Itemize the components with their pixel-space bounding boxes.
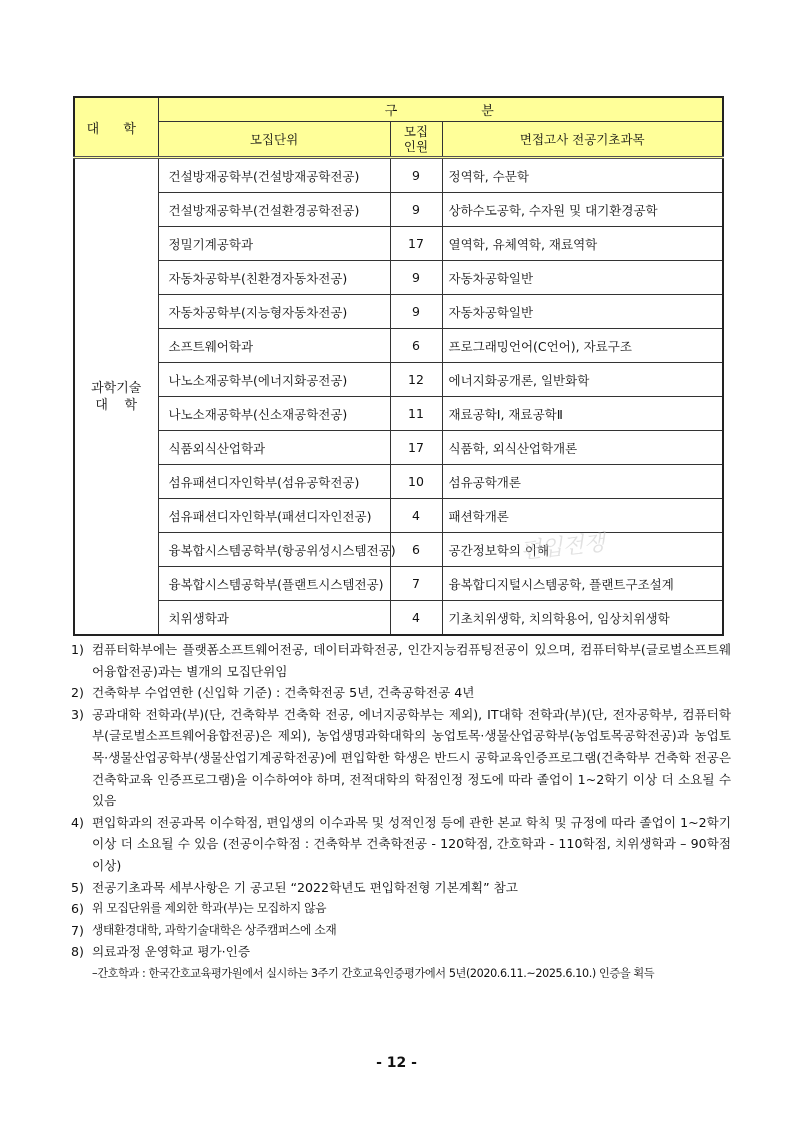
college-name-line1: 과학기술 <box>75 380 158 397</box>
header-category-right: 분 <box>481 100 496 119</box>
table-row: 자동차공학부(친환경자동차전공) 9 자동차공학일반 <box>74 261 723 295</box>
footnote-number: 4) <box>71 812 92 877</box>
table-row: 나노소재공학부(신소재공학전공) 11 재료공학Ⅰ, 재료공학Ⅱ <box>74 397 723 431</box>
table-row: 정밀기계공학과 17 열역학, 유체역학, 재료역학 <box>74 227 723 261</box>
footnote-text: 의료과정 운영학교 평가·인증 <box>92 941 731 963</box>
table-row: 섬유패션디자인학부(패션디자인전공) 4 패션학개론 <box>74 499 723 533</box>
header-subjects: 면접고사 전공기초과목 <box>442 122 723 158</box>
footnote: 7) 생태환경대학, 과학기술대학은 상주캠퍼스에 소재 <box>71 920 731 942</box>
unit-cell: 자동차공학부(친환경자동차전공) <box>158 261 390 295</box>
unit-cell: 자동차공학부(지능형자동차전공) <box>158 295 390 329</box>
table-row: 섬유패션디자인학부(섬유공학전공) 10 섬유공학개론 <box>74 465 723 499</box>
quota-cell: 10 <box>390 465 442 499</box>
subjects-cell: 패션학개론 <box>442 499 723 533</box>
unit-cell: 소프트웨어학과 <box>158 329 390 363</box>
quota-cell: 9 <box>390 261 442 295</box>
footnote: 2) 건축학부 수업연한 (신입학 기준) : 건축학전공 5년, 건축공학전공… <box>71 682 731 704</box>
unit-cell: 나노소재공학부(에너지화공전공) <box>158 363 390 397</box>
unit-cell: 치위생학과 <box>158 601 390 636</box>
footnote: 6) 위 모집단위를 제외한 학과(부)는 모집하지 않음 <box>71 898 731 920</box>
table-row: 융복합시스템공학부(항공위성시스템전공) 6 공간정보학의 이해 <box>74 533 723 567</box>
unit-cell: 섬유패션디자인학부(패션디자인전공) <box>158 499 390 533</box>
table-body: 과학기술 대 학 건설방재공학부(건설방재공학전공) 9 정역학, 수문학 건설… <box>74 158 723 636</box>
header-quota: 모집 인원 <box>390 122 442 158</box>
header-category: 구분 <box>158 97 723 122</box>
unit-cell: 건설방재공학부(건설방재공학전공) <box>158 158 390 193</box>
quota-cell: 4 <box>390 601 442 636</box>
subjects-cell: 프로그래밍언어(C언어), 자료구조 <box>442 329 723 363</box>
unit-cell: 건설방재공학부(건설환경공학전공) <box>158 193 390 227</box>
footnote-number: 1) <box>71 639 92 682</box>
table-row: 융복합시스템공학부(플랜트시스템전공) 7 융복합디지털시스템공학, 플랜트구조… <box>74 567 723 601</box>
subjects-cell: 상하수도공학, 수자원 및 대기환경공학 <box>442 193 723 227</box>
footnote: 5) 전공기초과목 세부사항은 기 공고된 “2022학년도 편입학전형 기본계… <box>71 877 731 899</box>
subjects-cell: 정역학, 수문학 <box>442 158 723 193</box>
table-row: 건설방재공학부(건설환경공학전공) 9 상하수도공학, 수자원 및 대기환경공학 <box>74 193 723 227</box>
quota-cell: 17 <box>390 227 442 261</box>
quota-cell: 9 <box>390 295 442 329</box>
subjects-cell: 섬유공학개론 <box>442 465 723 499</box>
unit-cell: 정밀기계공학과 <box>158 227 390 261</box>
header-category-left: 구 <box>385 100 400 119</box>
footnote-number: 2) <box>71 682 92 704</box>
footnote-number: 6) <box>71 898 92 920</box>
footnote-text: 공과대학 전학과(부)(단, 건축학부 건축학 전공, 에너지공학부는 제외),… <box>92 704 731 812</box>
footnotes: 1) 컴퓨터학부에는 플랫폼소프트웨어전공, 데이터과학전공, 인간지능컴퓨팅전… <box>71 639 731 985</box>
footnote-text: 생태환경대학, 과학기술대학은 상주캠퍼스에 소재 <box>92 920 731 942</box>
footnote-number: 3) <box>71 704 92 812</box>
subjects-cell: 열역학, 유체역학, 재료역학 <box>442 227 723 261</box>
footnote: 8) 의료과정 운영학교 평가·인증 <box>71 941 731 963</box>
quota-cell: 11 <box>390 397 442 431</box>
footnote-subitem: –간호학과 : 한국간호교육평가원에서 실시하는 3주기 간호교육인증평가에서 … <box>71 963 731 985</box>
quota-cell: 4 <box>390 499 442 533</box>
footnote-text: 건축학부 수업연한 (신입학 기준) : 건축학전공 5년, 건축공학전공 4년 <box>92 682 731 704</box>
footnote: 1) 컴퓨터학부에는 플랫폼소프트웨어전공, 데이터과학전공, 인간지능컴퓨팅전… <box>71 639 731 682</box>
subjects-cell: 기초치위생학, 치의학용어, 임상치위생학 <box>442 601 723 636</box>
college-cell: 과학기술 대 학 <box>74 158 158 636</box>
subjects-cell: 자동차공학일반 <box>442 261 723 295</box>
quota-cell: 6 <box>390 533 442 567</box>
table-row: 자동차공학부(지능형자동차전공) 9 자동차공학일반 <box>74 295 723 329</box>
admission-table: 대 학 구분 모집단위 모집 인원 면접고사 전공기초과목 과학기술 대 학 <box>73 96 724 636</box>
unit-cell: 융복합시스템공학부(항공위성시스템전공) <box>158 533 390 567</box>
subjects-cell: 재료공학Ⅰ, 재료공학Ⅱ <box>442 397 723 431</box>
subjects-cell: 공간정보학의 이해 <box>442 533 723 567</box>
footnote-number: 8) <box>71 941 92 963</box>
subjects-cell: 식품학, 외식산업학개론 <box>442 431 723 465</box>
admission-table-container: 대 학 구분 모집단위 모집 인원 면접고사 전공기초과목 과학기술 대 학 <box>73 96 724 636</box>
table-row: 치위생학과 4 기초치위생학, 치의학용어, 임상치위생학 <box>74 601 723 636</box>
unit-cell: 섬유패션디자인학부(섬유공학전공) <box>158 465 390 499</box>
subjects-cell: 융복합디지털시스템공학, 플랜트구조설계 <box>442 567 723 601</box>
subjects-cell: 자동차공학일반 <box>442 295 723 329</box>
table-row: 소프트웨어학과 6 프로그래밍언어(C언어), 자료구조 <box>74 329 723 363</box>
unit-cell: 융복합시스템공학부(플랜트시스템전공) <box>158 567 390 601</box>
header-quota-line2: 인원 <box>391 139 442 154</box>
unit-cell: 나노소재공학부(신소재공학전공) <box>158 397 390 431</box>
footnote-number: 7) <box>71 920 92 942</box>
footnote-text: 위 모집단위를 제외한 학과(부)는 모집하지 않음 <box>92 898 731 920</box>
subjects-cell: 에너지화공개론, 일반화학 <box>442 363 723 397</box>
quota-cell: 6 <box>390 329 442 363</box>
footnote-text: 컴퓨터학부에는 플랫폼소프트웨어전공, 데이터과학전공, 인간지능컴퓨팅전공이 … <box>92 639 731 682</box>
table-row: 식품외식산업학과 17 식품학, 외식산업학개론 <box>74 431 723 465</box>
table-row: 과학기술 대 학 건설방재공학부(건설방재공학전공) 9 정역학, 수문학 <box>74 158 723 193</box>
quota-cell: 7 <box>390 567 442 601</box>
quota-cell: 12 <box>390 363 442 397</box>
quota-cell: 9 <box>390 193 442 227</box>
footnote: 4) 편입학과의 전공과목 이수학점, 편입생의 이수과목 및 성적인정 등에 … <box>71 812 731 877</box>
table-row: 나노소재공학부(에너지화공전공) 12 에너지화공개론, 일반화학 <box>74 363 723 397</box>
page-number: - 12 - <box>0 1055 793 1071</box>
footnote-text: 편입학과의 전공과목 이수학점, 편입생의 이수과목 및 성적인정 등에 관한 … <box>92 812 731 877</box>
header-university: 대 학 <box>74 97 158 158</box>
footnote: 3) 공과대학 전학과(부)(단, 건축학부 건축학 전공, 에너지공학부는 제… <box>71 704 731 812</box>
quota-cell: 9 <box>390 158 442 193</box>
header-quota-line1: 모집 <box>391 124 442 139</box>
college-name-line2: 대 학 <box>75 397 158 414</box>
footnote-number: 5) <box>71 877 92 899</box>
footnote-text: 전공기초과목 세부사항은 기 공고된 “2022학년도 편입학전형 기본계획” … <box>92 877 731 899</box>
quota-cell: 17 <box>390 431 442 465</box>
unit-cell: 식품외식산업학과 <box>158 431 390 465</box>
header-unit: 모집단위 <box>158 122 390 158</box>
